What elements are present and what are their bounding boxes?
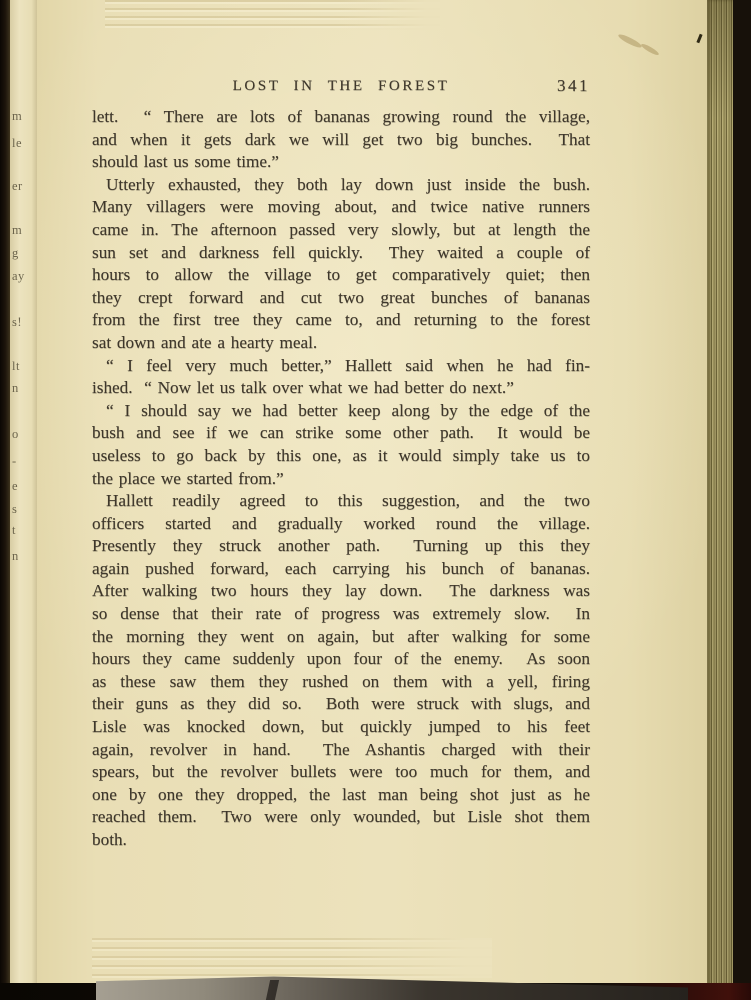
text-line: sun set and darkness fell quickly. They … [92, 242, 590, 265]
text-line: lett. “ There are lots of bananas growin… [92, 106, 590, 129]
text-line: bush and see if we can strike some other… [92, 422, 590, 445]
text-line: useless to go back by this one, as it wo… [92, 445, 590, 468]
gutter-shadow [0, 0, 10, 1000]
text-line: both. [92, 829, 590, 852]
chapter-title: LOST IN THE FOREST [92, 78, 590, 95]
text-line: from the first tree they came to, and re… [92, 309, 590, 332]
text-line: Lisle was knocked down, but quickly jump… [92, 716, 590, 739]
text-block: lett. “ There are lots of bananas growin… [92, 106, 590, 852]
text-line: and when it gets dark we will get two bi… [92, 129, 590, 152]
page-edge-streaks-top [105, 0, 440, 30]
text-line: came in. The afternoon passed very slowl… [92, 219, 590, 242]
page-edge-fragment: o [12, 428, 34, 440]
page-edge-fragment: n [12, 382, 34, 394]
text-line: Utterly exhausted, they both lay down ju… [92, 174, 590, 197]
text-line: so dense that their rate of progress was… [92, 603, 590, 626]
page-edge-fragment: m [12, 110, 34, 122]
text-line: Presently they struck another path. Turn… [92, 535, 590, 558]
page-edges-stack [707, 0, 733, 986]
text-line: again pushed forward, each carrying his … [92, 558, 590, 581]
text-line: the morning they went on again, but afte… [92, 626, 590, 649]
text-line: as these saw them they rushed on them wi… [92, 671, 590, 694]
page-edge-streaks-bottom [92, 938, 492, 978]
text-line: officers started and gradually worked ro… [92, 513, 590, 536]
text-line: sat down and ate a hearty meal. [92, 332, 590, 355]
page-edge-fragment: e [12, 480, 34, 492]
page-edge-fragment: lt [12, 360, 34, 372]
book-cover [733, 0, 751, 1000]
page-edge-fragment: m [12, 224, 34, 236]
page-edge-fragment: g [12, 247, 34, 259]
text-line: their guns as they did so. Both were str… [92, 693, 590, 716]
text-line: Hallett readily agreed to this suggestio… [92, 490, 590, 513]
text-line: the place we started from.” [92, 468, 590, 491]
text-line: “ I feel very much better,” Hallett said… [92, 355, 590, 378]
page-edge-fragment: t [12, 524, 34, 536]
text-line: ished. “ Now let us talk over what we ha… [92, 377, 590, 400]
facing-page-sliver: mleermgays!ltno-estn [10, 0, 37, 986]
text-line: again, revolver in hand. The Ashantis ch… [92, 739, 590, 762]
text-line: hours they came suddenly upon four of th… [92, 648, 590, 671]
page-edge-fragment: - [12, 455, 34, 467]
running-header: LOST IN THE FOREST 341 [92, 78, 590, 100]
text-line: should last us some time.” [92, 151, 590, 174]
page-edge-fragment: s! [12, 316, 34, 328]
book-photo: mleermgays!ltno-estn LOST IN THE FOREST … [0, 0, 751, 1000]
text-line: “ I should say we had better keep along … [92, 400, 590, 423]
text-line: hours to allow the village to get compar… [92, 264, 590, 287]
text-line: one by one they dropped, the last man be… [92, 784, 590, 807]
text-line: spears, but the revolver bullets were to… [92, 761, 590, 784]
text-line: Many villagers were moving about, and tw… [92, 196, 590, 219]
page-edge-fragment: er [12, 180, 34, 192]
page-edge-fragment: n [12, 550, 34, 562]
text-line: After walking two hours they lay down. T… [92, 580, 590, 603]
page-number: 341 [557, 76, 590, 96]
text-line: reached them. Two were only wounded, but… [92, 806, 590, 829]
page-edge-fragment: le [12, 137, 34, 149]
page-edge-fragment: s [12, 503, 34, 515]
page-edge-fragment: ay [12, 270, 34, 282]
text-line: they crept forward and cut two great bun… [92, 287, 590, 310]
